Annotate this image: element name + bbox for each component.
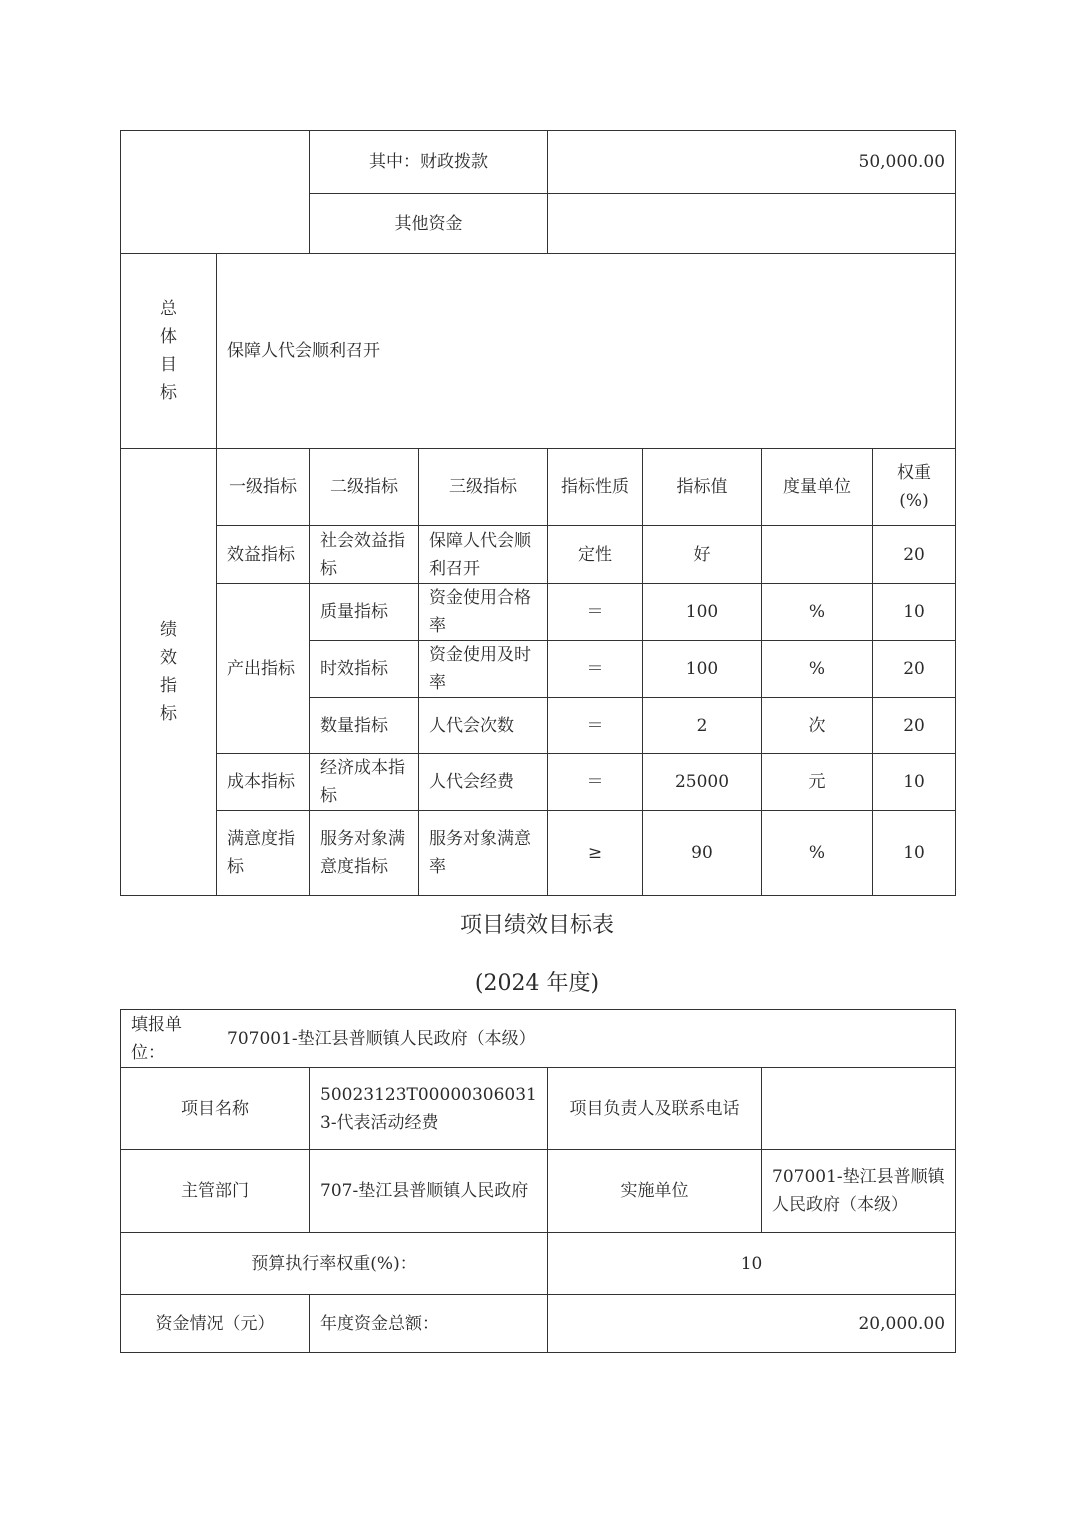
- page-title: 项目绩效目标表: [0, 908, 1074, 939]
- performance-indicator-label: 绩 效 指 标: [121, 449, 217, 896]
- project-name-value: 50023123T000003060313-代表活动经费: [310, 1068, 548, 1150]
- fiscal-value: 50,000.00: [548, 131, 956, 194]
- overall-goal-text: 保障人代会顺利召开: [217, 254, 956, 449]
- performance-target-table-continued: 其中：财政拨款 50,000.00 其他资金 总 体 目 标 保障人代会顺利召开…: [120, 130, 956, 896]
- impl-unit-label: 实施单位: [548, 1150, 762, 1233]
- project-info-table: 填报单位：707001-垫江县普顺镇人民政府（本级） 项目名称 50023123…: [120, 1009, 956, 1353]
- table-row: 产出指标 质量指标 资金使用合格率 ＝ 100 % 10: [121, 584, 956, 641]
- table-row: 满意度指标 服务对象满意度指标 服务对象满意率 ≥ 90 % 10: [121, 811, 956, 896]
- contact-value: [762, 1068, 956, 1150]
- annual-total-label: 年度资金总额：: [310, 1295, 548, 1353]
- header-level3: 三级指标: [419, 449, 548, 526]
- year-subtitle: (2024 年度): [0, 966, 1074, 997]
- reporting-unit-label: 填报单位：: [131, 1011, 207, 1067]
- header-level1: 一级指标: [217, 449, 310, 526]
- fiscal-label: 其中：财政拨款: [310, 131, 548, 194]
- reporting-unit-value: 707001-垫江县普顺镇人民政府（本级）: [227, 1029, 536, 1049]
- table-row: 成本指标 经济成本指标 人代会经费 ＝ 25000 元 10: [121, 754, 956, 811]
- budget-weight-value: 10: [548, 1233, 956, 1295]
- impl-unit-value: 707001-垫江县普顺镇人民政府（本级）: [762, 1150, 956, 1233]
- other-funds-label: 其他资金: [310, 194, 548, 254]
- budget-weight-label: 预算执行率权重(%)：: [121, 1233, 548, 1295]
- header-value: 指标值: [643, 449, 762, 526]
- project-name-label: 项目名称: [121, 1068, 310, 1150]
- reporting-unit-row: 填报单位：707001-垫江县普顺镇人民政府（本级）: [121, 1010, 956, 1068]
- dept-value: 707-垫江县普顺镇人民政府: [310, 1150, 548, 1233]
- header-unit: 度量单位: [762, 449, 873, 526]
- contact-label: 项目负责人及联系电话: [548, 1068, 762, 1150]
- other-funds-value: [548, 194, 956, 254]
- overall-goal-label: 总 体 目 标: [121, 254, 217, 449]
- annual-total-value: 20,000.00: [548, 1295, 956, 1353]
- fund-status-label: 资金情况（元）: [121, 1295, 310, 1353]
- header-nature: 指标性质: [548, 449, 643, 526]
- header-level2: 二级指标: [310, 449, 419, 526]
- dept-label: 主管部门: [121, 1150, 310, 1233]
- table-row: 效益指标 社会效益指标 保障人代会顺利召开 定性 好 20: [121, 526, 956, 584]
- fund-blank-cell: [121, 131, 310, 254]
- header-weight: 权重(%): [873, 449, 956, 526]
